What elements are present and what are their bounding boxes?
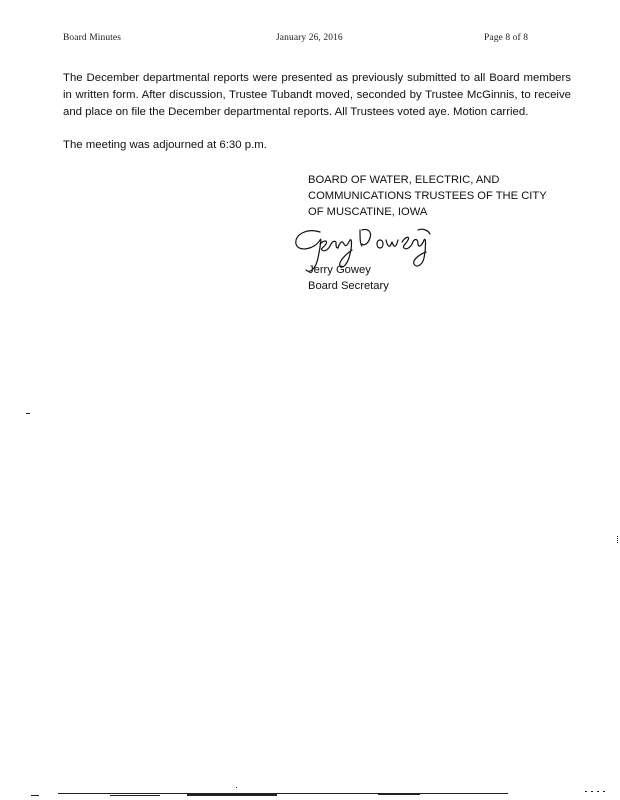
scan-artifact — [617, 536, 618, 544]
scan-artifact — [236, 787, 237, 788]
signer-block: Jerry Gowey Board Secretary — [308, 262, 389, 294]
organization-line: COMMUNICATIONS TRUSTEES OF THE CITY — [308, 188, 547, 204]
departmental-reports-paragraph: The December departmental reports were p… — [63, 70, 571, 121]
footer-rule — [448, 793, 508, 794]
scan-artifact — [187, 794, 277, 796]
header-page-number: Page 8 of 8 — [484, 33, 528, 43]
organization-line: BOARD OF WATER, ELECTRIC, AND — [308, 172, 547, 188]
header-date: January 26, 2016 — [276, 33, 343, 43]
header-document-title: Board Minutes — [63, 33, 121, 43]
scan-artifact — [31, 795, 39, 796]
scan-artifact — [378, 793, 420, 795]
scan-artifact — [110, 795, 160, 796]
adjournment-paragraph: The meeting was adjourned at 6:30 p.m. — [63, 137, 571, 154]
scan-artifact — [585, 791, 605, 792]
signer-title: Board Secretary — [308, 278, 389, 294]
signer-name: Jerry Gowey — [308, 262, 389, 278]
scan-artifact — [26, 413, 30, 414]
document-page: Board Minutes January 26, 2016 Page 8 of… — [0, 0, 620, 800]
organization-name-block: BOARD OF WATER, ELECTRIC, AND COMMUNICAT… — [308, 172, 547, 220]
